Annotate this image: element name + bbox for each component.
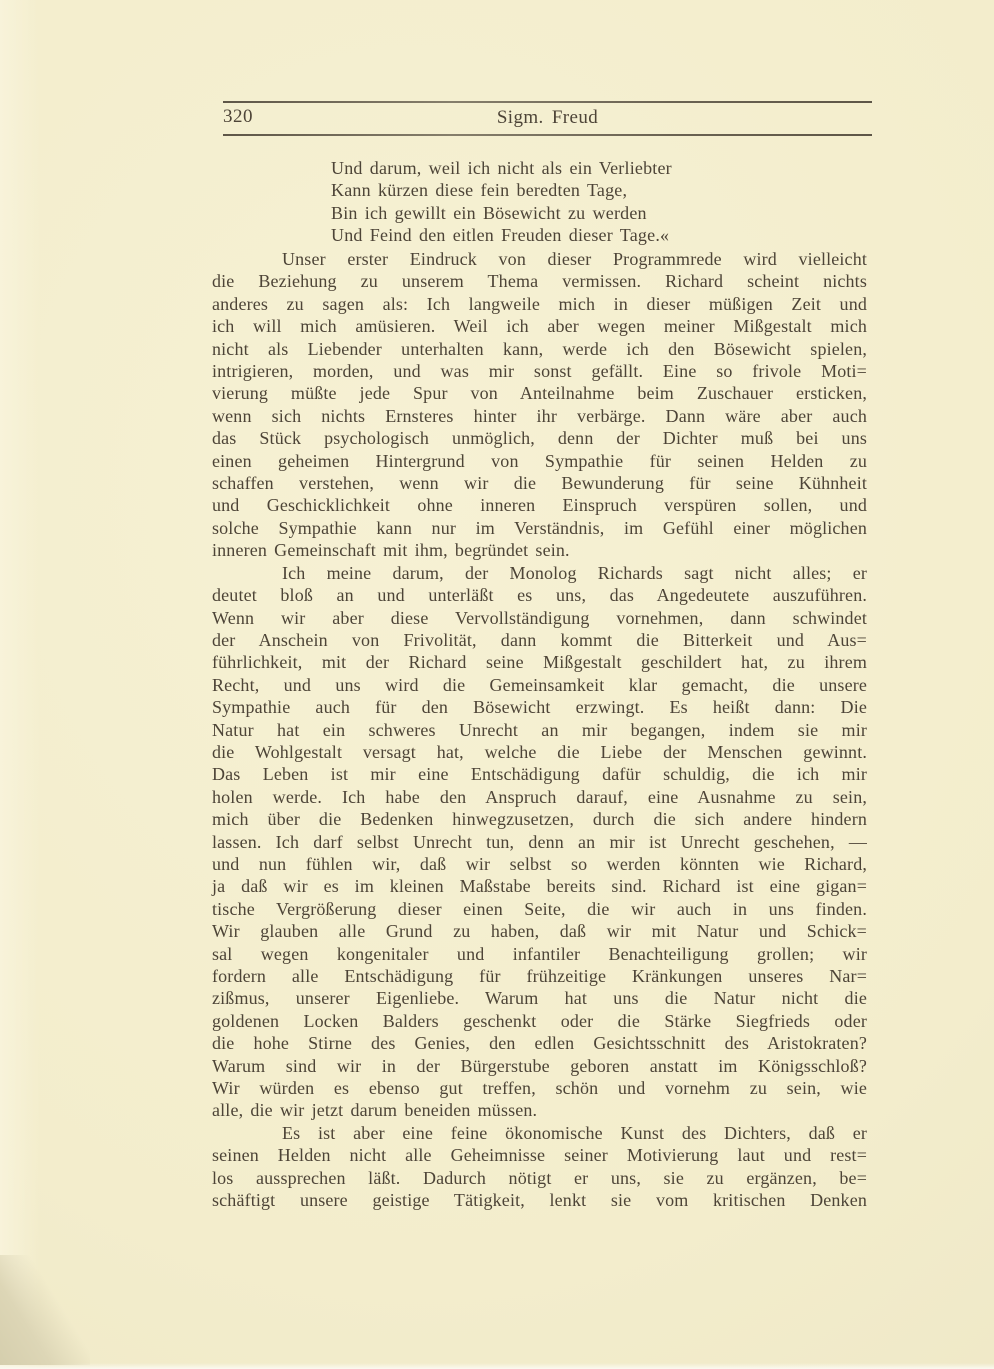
text-line: solche Sympathie kann nur im Verständnis… [212,517,867,539]
verse-quotation: Und darum, weil ich nicht als ein Verlie… [331,157,672,246]
text-line: der Anschein von Frivolität, dann kommt … [212,629,867,651]
text-line: Wir glauben alle Grund zu haben, daß wir… [212,920,867,942]
text-line: das Stück psychologisch unmöglich, denn … [212,427,867,449]
text-line: führlichkeit, mit der Richard seine Mißg… [212,651,867,673]
text-line: fordern alle Entschädigung für frühzeiti… [212,965,867,987]
text-line: Ich meine darum, der Monolog Richards sa… [212,562,867,584]
text-line: alle, die wir jetzt darum beneiden müsse… [212,1099,867,1121]
text-line: holen werde. Ich habe den Anspruch darau… [212,786,867,808]
text-line: seinen Helden nicht alle Geheimnisse sei… [212,1144,867,1166]
paragraph-2: Ich meine darum, der Monolog Richards sa… [212,562,867,1122]
text-line: Wenn wir aber diese Vervollständigung vo… [212,607,867,629]
text-line: wenn sich nichts Ernsteres hinter ihr ve… [212,405,867,427]
text-line: los aussprechen läßt. Dadurch nötigt er … [212,1167,867,1189]
text-line: tische Vergrößerung dieser einen Seite, … [212,898,867,920]
text-line: die hohe Stirne des Genies, den edlen Ge… [212,1032,867,1054]
text-line: deutet bloß an und unterläßt es uns, das… [212,584,867,606]
text-line: die Wohlgestalt versagt hat, welche die … [212,741,867,763]
text-line: einen geheimen Hintergrund von Sympathie… [212,450,867,472]
scanned-book-page: 320 Sigm. Freud Und darum, weil ich nich… [0,0,994,1369]
verse-line: Kann kürzen diese fein beredten Tage, [331,179,672,201]
text-line: nicht als Liebender unterhalten kann, we… [212,338,867,360]
text-line: goldenen Locken Balders geschenkt oder d… [212,1010,867,1032]
text-line: vierung müßte jede Spur von Anteilnahme … [212,382,867,404]
text-line: und nun fühlen wir, daß wir selbst so we… [212,853,867,875]
text-line: Sympathie auch für den Bösewicht erzwing… [212,696,867,718]
text-line: ja daß wir es im kleinen Maßstabe bereit… [212,875,867,897]
text-line: inneren Gemeinschaft mit ihm, begründet … [212,539,867,561]
text-line: Recht, und uns wird die Gemeinsamkeit kl… [212,674,867,696]
text-line: Warum sind wir in der Bürgerstube gebore… [212,1055,867,1077]
text-line: Unser erster Eindruck von dieser Program… [212,248,867,270]
text-line: sal wegen kongenitaler und infantiler Be… [212,943,867,965]
verse-line: Bin ich gewillt ein Bösewicht zu werden [331,202,672,224]
text-line: Das Leben ist mir eine Entschädigung daf… [212,763,867,785]
text-line: mich über die Bedenken hinwegzusetzen, d… [212,808,867,830]
header-rule-bottom [223,134,872,136]
text-line: anderes zu sagen als: Ich langweile mich… [212,293,867,315]
verse-line: Und Feind den eitlen Freuden dieser Tage… [331,224,672,246]
text-line: schäftigt unsere geistige Tätigkeit, len… [212,1189,867,1211]
text-line: intrigieren, morden, und was mir sonst g… [212,360,867,382]
text-line: Natur hat ein schweres Unrecht an mir be… [212,719,867,741]
text-line: zißmus, unserer Eigenliebe. Warum hat un… [212,987,867,1009]
text-line: Wir würden es ebenso gut treffen, schön … [212,1077,867,1099]
text-line: ich will mich amüsieren. Weil ich aber w… [212,315,867,337]
header-rule-top [223,101,872,103]
text-line: schaffen verstehen, wenn wir die Bewunde… [212,472,867,494]
paragraph-3: Es ist aber eine feine ökonomische Kunst… [212,1122,867,1212]
running-title: Sigm. Freud [223,107,872,129]
verse-line: Und darum, weil ich nicht als ein Verlie… [331,157,672,179]
body-text: Unser erster Eindruck von dieser Program… [212,248,867,1211]
text-line: und Geschicklichkeit ohne inneren Einspr… [212,494,867,516]
text-line: Es ist aber eine feine ökonomische Kunst… [212,1122,867,1144]
text-line: lassen. Ich darf selbst Unrecht tun, den… [212,831,867,853]
text-line: die Beziehung zu unserem Thema vermissen… [212,270,867,292]
paragraph-1: Unser erster Eindruck von dieser Program… [212,248,867,562]
page-corner-shadow [0,1255,90,1365]
